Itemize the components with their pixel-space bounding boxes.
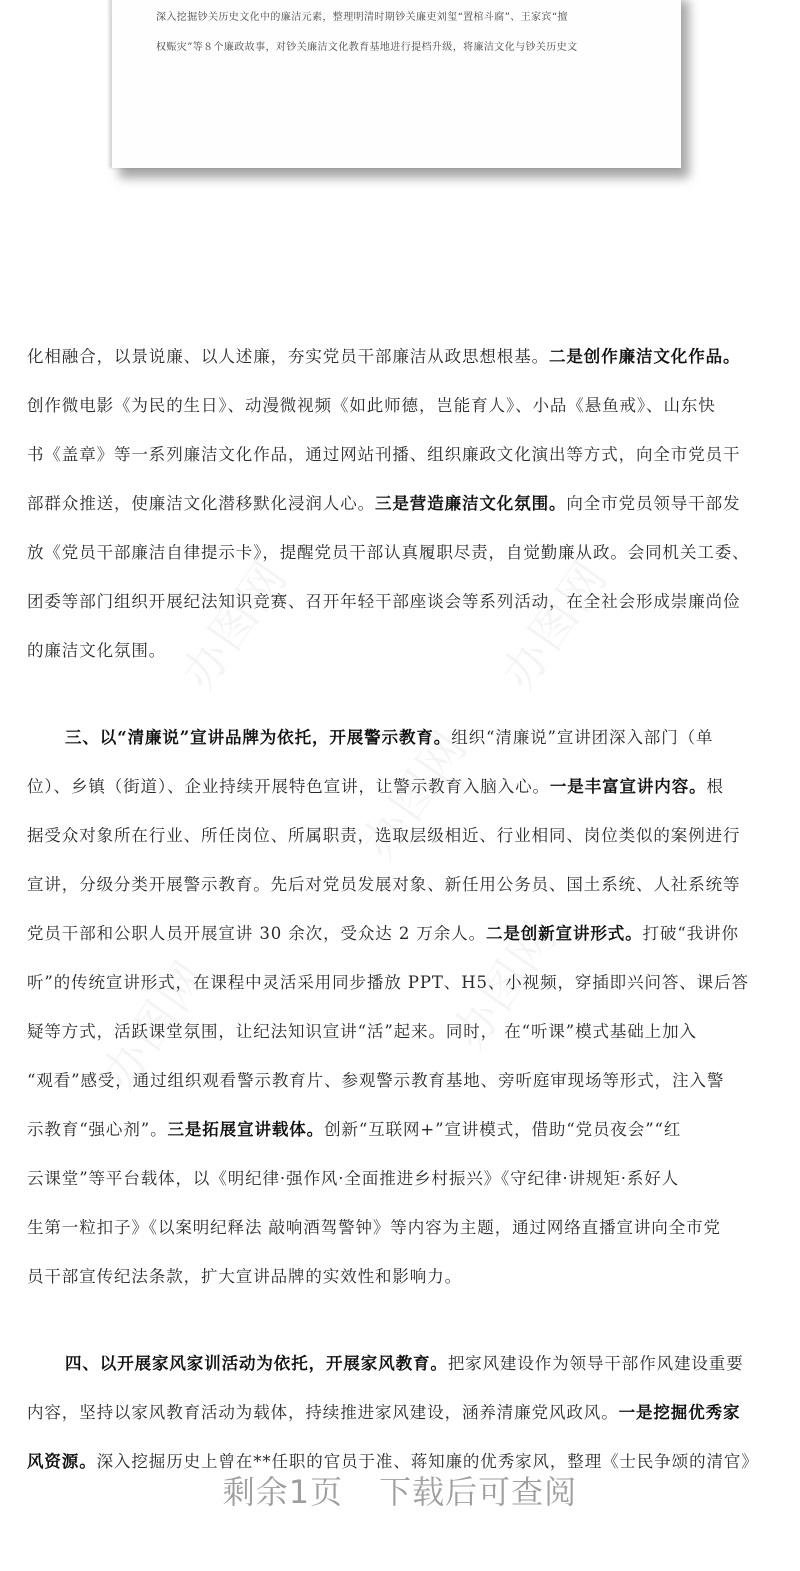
remaining-pages-label: 剩余1页 xyxy=(223,1473,343,1511)
text-line: 创作微电影《为民的生日》、动漫微视频《如此师德，岂能育人》、小品《悬鱼戒》、山东… xyxy=(27,388,775,437)
preview-line-1: 深入挖掘钞关历史文化中的廉洁元素，整理明清时期钞关廉吏刘玺“置棺斗腐”、王家宾“… xyxy=(156,8,656,23)
bold-heading-text: 三、以“清廉说”宣讲品牌为依托，开展警示教育。 xyxy=(65,728,451,747)
bold-heading-text: 一是挖掘优秀家 xyxy=(619,1403,741,1422)
bold-heading-text: 二是创作廉洁文化作品。 xyxy=(549,347,740,366)
text-line: 位）、乡镇（街道）、企业持续开展特色宣讲，让警示教育入脑入心。一是丰富宣讲内容。… xyxy=(27,769,775,818)
text-line: 疑等方式，活跃课堂氛围，让纪法知识宣讲“活”起来。同时， 在“听课”模式基础上加… xyxy=(27,1014,775,1063)
bold-heading-text: 二是创新宣讲形式。 xyxy=(486,924,643,943)
body-text: 创作微电影《为民的生日》、动漫微视频《如此师德，岂能育人》、小品《悬鱼戒》、山东… xyxy=(27,396,716,415)
body-text: “观看”感受，通过组织观看警示教育片、参观警示教育基地、旁听庭审现场等形式，注入… xyxy=(27,1071,724,1090)
body-text: 据受众对象所在行业、所任岗位、所属职责，选取层级相近、行业相同、岗位类似的案例进… xyxy=(27,826,740,845)
body-text: 生第一粒扣子》《以案明纪释法 敲响酒驾警钟》等内容为主题，通过网络直播宣讲向全市… xyxy=(27,1218,721,1237)
text-line: 员干部宣传纪法条款，扩大宣讲品牌的实效性和影响力。 xyxy=(27,1259,775,1308)
paragraph-gap xyxy=(27,682,775,720)
bold-heading-text: 一是丰富宣讲内容。 xyxy=(550,777,707,796)
preview-line-2: 权赈灾”等８个廉政故事，对钞关廉洁文化教育基地进行提档升级，将廉洁文化与钞关历史… xyxy=(156,38,656,53)
body-text: 示教育“强心剂”。 xyxy=(27,1120,167,1139)
text-line: 生第一粒扣子》《以案明纪释法 敲响酒驾警钟》等内容为主题，通过网络直播宣讲向全市… xyxy=(27,1210,775,1259)
text-line: 三、以“清廉说”宣讲品牌为依托，开展警示教育。组织“清廉说”宣讲团深入部门（单 xyxy=(27,720,775,769)
paragraph-gap xyxy=(27,1308,775,1346)
download-prompt[interactable]: 剩余1页下载后可查阅 xyxy=(0,1467,800,1513)
body-text: 部群众推送，使廉洁文化潜移默化浸润人心。 xyxy=(27,494,375,513)
text-line: 宣讲，分级分类开展警示教育。先后对党员发展对象、新任用公务员、国土系统、人社系统… xyxy=(27,867,775,916)
body-text: 把家风建设作为领导干部作风建设重要 xyxy=(448,1354,744,1373)
document-preview-card: 深入挖掘钞关历史文化中的廉洁元素，整理明清时期钞关廉吏刘玺“置棺斗腐”、王家宾“… xyxy=(111,0,681,168)
body-text: 团委等部门组织开展纪法知识竞赛、召开年轻干部座谈会等系列活动，在全社会形成崇廉尚… xyxy=(27,592,740,611)
text-line: 部群众推送，使廉洁文化潜移默化浸润人心。三是营造廉洁文化氛围。向全市党员领导干部… xyxy=(27,486,775,535)
text-line: 化相融合，以景说廉、以人述廉，夯实党员干部廉洁从政思想根基。二是创作廉洁文化作品… xyxy=(27,339,775,388)
body-text: 向全市党员领导干部发 xyxy=(566,494,740,513)
body-text: 书《盖章》等一系列廉洁文化作品，通过网站刊播、组织廉政文化演出等方式，向全市党员… xyxy=(27,445,740,464)
text-line: 团委等部门组织开展纪法知识竞赛、召开年轻干部座谈会等系列活动，在全社会形成崇廉尚… xyxy=(27,584,775,633)
body-text: 宣讲，分级分类开展警示教育。先后对党员发展对象、新任用公务员、国土系统、人社系统… xyxy=(27,875,740,894)
body-text: 党员干部和公职人员开展宣讲 30 余次，受众达 2 万余人。 xyxy=(27,924,486,943)
body-text: 疑等方式，活跃课堂氛围，让纪法知识宣讲“活”起来。同时， 在“听课”模式基础上加… xyxy=(27,1022,697,1041)
body-text: 化相融合，以景说廉、以人述廉，夯实党员干部廉洁从政思想根基。 xyxy=(27,347,549,366)
body-text: 打破“我讲你 xyxy=(643,924,739,943)
body-text: 根 xyxy=(707,777,724,796)
body-text: 放《党员干部廉洁自律提示卡》，提醒党员干部认真履职尽责，自觉勤廉从政。会同机关工… xyxy=(27,543,750,562)
text-line: 云课堂”等平台载体，以《明纪律·强作风·全面推进乡村振兴》《守纪律·讲规矩·系好… xyxy=(27,1161,775,1210)
text-line: 的廉洁文化氛围。 xyxy=(27,633,775,682)
text-line: 内容，坚持以家风教育活动为载体，持续推进家风建设，涵养清廉党风政风。一是挖掘优秀… xyxy=(27,1395,775,1444)
bold-heading-text: 三是营造廉洁文化氛围。 xyxy=(375,494,566,513)
text-line: 放《党员干部廉洁自律提示卡》，提醒党员干部认真履职尽责，自觉勤廉从政。会同机关工… xyxy=(27,535,775,584)
body-text: 云课堂”等平台载体，以《明纪律·强作风·全面推进乡村振兴》《守纪律·讲规矩·系好… xyxy=(27,1169,679,1188)
body-text: 员干部宣传纪法条款，扩大宣讲品牌的实效性和影响力。 xyxy=(27,1267,462,1286)
bold-heading-text: 四、以开展家风家训活动为依托，开展家风教育。 xyxy=(65,1354,448,1373)
text-line: 书《盖章》等一系列廉洁文化作品，通过网站刊播、组织廉政文化演出等方式，向全市党员… xyxy=(27,437,775,486)
body-text: 的廉洁文化氛围。 xyxy=(27,641,166,660)
body-text: 位）、乡镇（街道）、企业持续开展特色宣讲，让警示教育入脑入心。 xyxy=(27,777,550,796)
text-line: 四、以开展家风家训活动为依托，开展家风教育。把家风建设作为领导干部作风建设重要 xyxy=(27,1346,775,1395)
text-line: 听”的传统宣讲形式，在课程中灵活采用同步播放 PPT、H5、小视频，穿插即兴问答… xyxy=(27,965,775,1014)
document-body: 化相融合，以景说廉、以人述廉，夯实党员干部廉洁从政思想根基。二是创作廉洁文化作品… xyxy=(27,339,775,1493)
download-to-view-label[interactable]: 下载后可查阅 xyxy=(379,1473,577,1511)
text-line: 党员干部和公职人员开展宣讲 30 余次，受众达 2 万余人。二是创新宣讲形式。打… xyxy=(27,916,775,965)
body-text: 创新“互联网+”宣讲模式，借助“党员夜会”“红 xyxy=(324,1120,681,1139)
bold-heading-text: 三是拓展宣讲载体。 xyxy=(167,1120,324,1139)
text-line: “观看”感受，通过组织观看警示教育片、参观警示教育基地、旁听庭审现场等形式，注入… xyxy=(27,1063,775,1112)
body-text: 组织“清廉说”宣讲团深入部门（单 xyxy=(451,728,713,747)
text-line: 示教育“强心剂”。三是拓展宣讲载体。创新“互联网+”宣讲模式，借助“党员夜会”“… xyxy=(27,1112,775,1161)
body-text: 内容，坚持以家风教育活动为载体，持续推进家风建设，涵养清廉党风政风。 xyxy=(27,1403,619,1422)
body-text: 听”的传统宣讲形式，在课程中灵活采用同步播放 PPT、H5、小视频，穿插即兴问答… xyxy=(27,973,749,992)
text-line: 据受众对象所在行业、所任岗位、所属职责，选取层级相近、行业相同、岗位类似的案例进… xyxy=(27,818,775,867)
